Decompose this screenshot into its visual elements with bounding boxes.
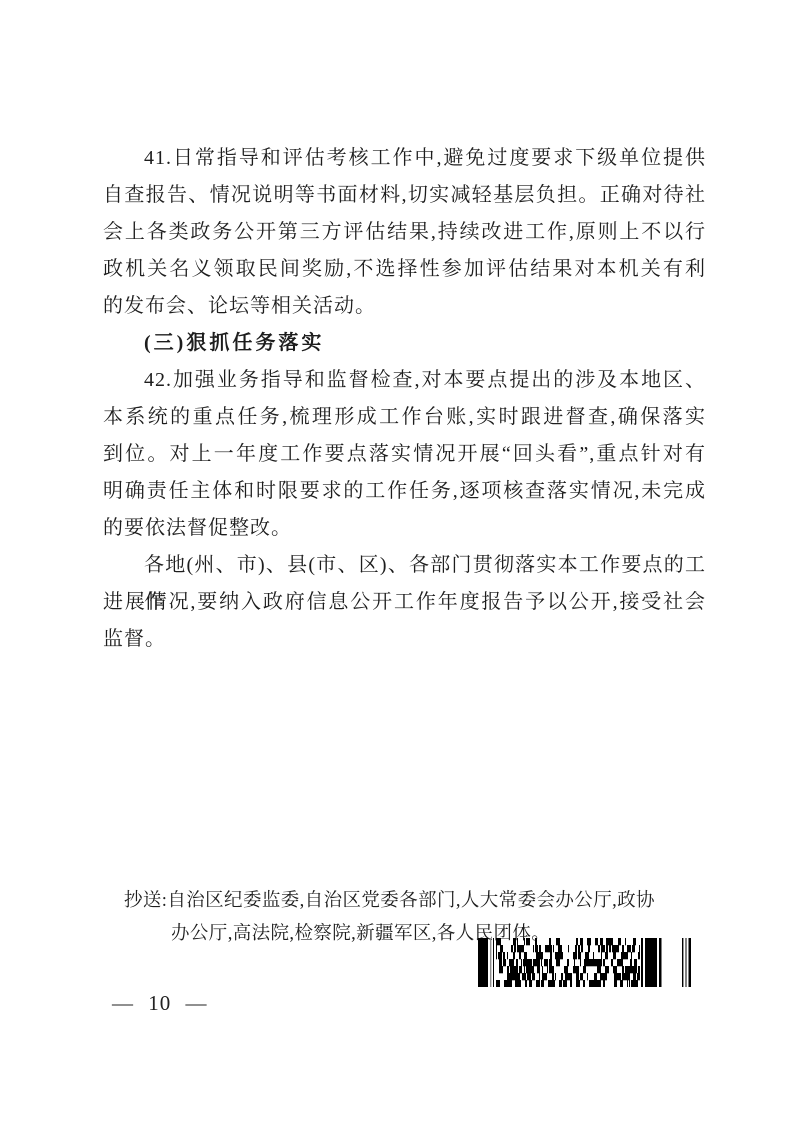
body-line: 到位。对上一年度工作要点落实情况开展“回头看”,重点针对有	[103, 436, 706, 473]
body-line: 本系统的重点任务,梳理形成工作台账,实时跟进督查,确保落实	[103, 399, 706, 436]
document-body: 41.日常指导和评估考核工作中,避免过度要求下级单位提供 自查报告、情况说明等书…	[103, 140, 706, 658]
page-number: — 10 —	[112, 991, 208, 1016]
copy-to-line: 抄送:自治区纪委监委,自治区党委各部门,人大常委会办公厅,政协	[124, 885, 714, 918]
body-line: 的发布会、论坛等相关活动。	[103, 288, 706, 325]
body-line: 进展情况,要纳入政府信息公开工作年度报告予以公开,接受社会	[103, 584, 706, 621]
body-line: 41.日常指导和评估考核工作中,避免过度要求下级单位提供	[103, 140, 706, 177]
body-line: 明确责任主体和时限要求的工作任务,逐项核查落实情况,未完成	[103, 473, 706, 510]
section-heading: (三)狠抓任务落实	[103, 325, 706, 362]
body-line: 会上各类政务公开第三方评估结果,持续改进工作,原则上不以行	[103, 214, 706, 251]
body-line: 自查报告、情况说明等书面材料,切实减轻基层负担。正确对待社	[103, 177, 706, 214]
body-line: 监督。	[103, 621, 706, 658]
document-page: 41.日常指导和评估考核工作中,避免过度要求下级单位提供 自查报告、情况说明等书…	[0, 0, 793, 1122]
body-line: 42.加强业务指导和监督检查,对本要点提出的涉及本地区、	[103, 362, 706, 399]
body-line: 各地(州、市)、县(市、区)、各部门贯彻落实本工作要点的工作	[103, 547, 706, 584]
body-line: 政机关名义领取民间奖励,不选择性参加评估结果对本机关有利	[103, 251, 706, 288]
body-line: 的要依法督促整改。	[103, 510, 706, 547]
pdf417-barcode	[478, 938, 693, 987]
